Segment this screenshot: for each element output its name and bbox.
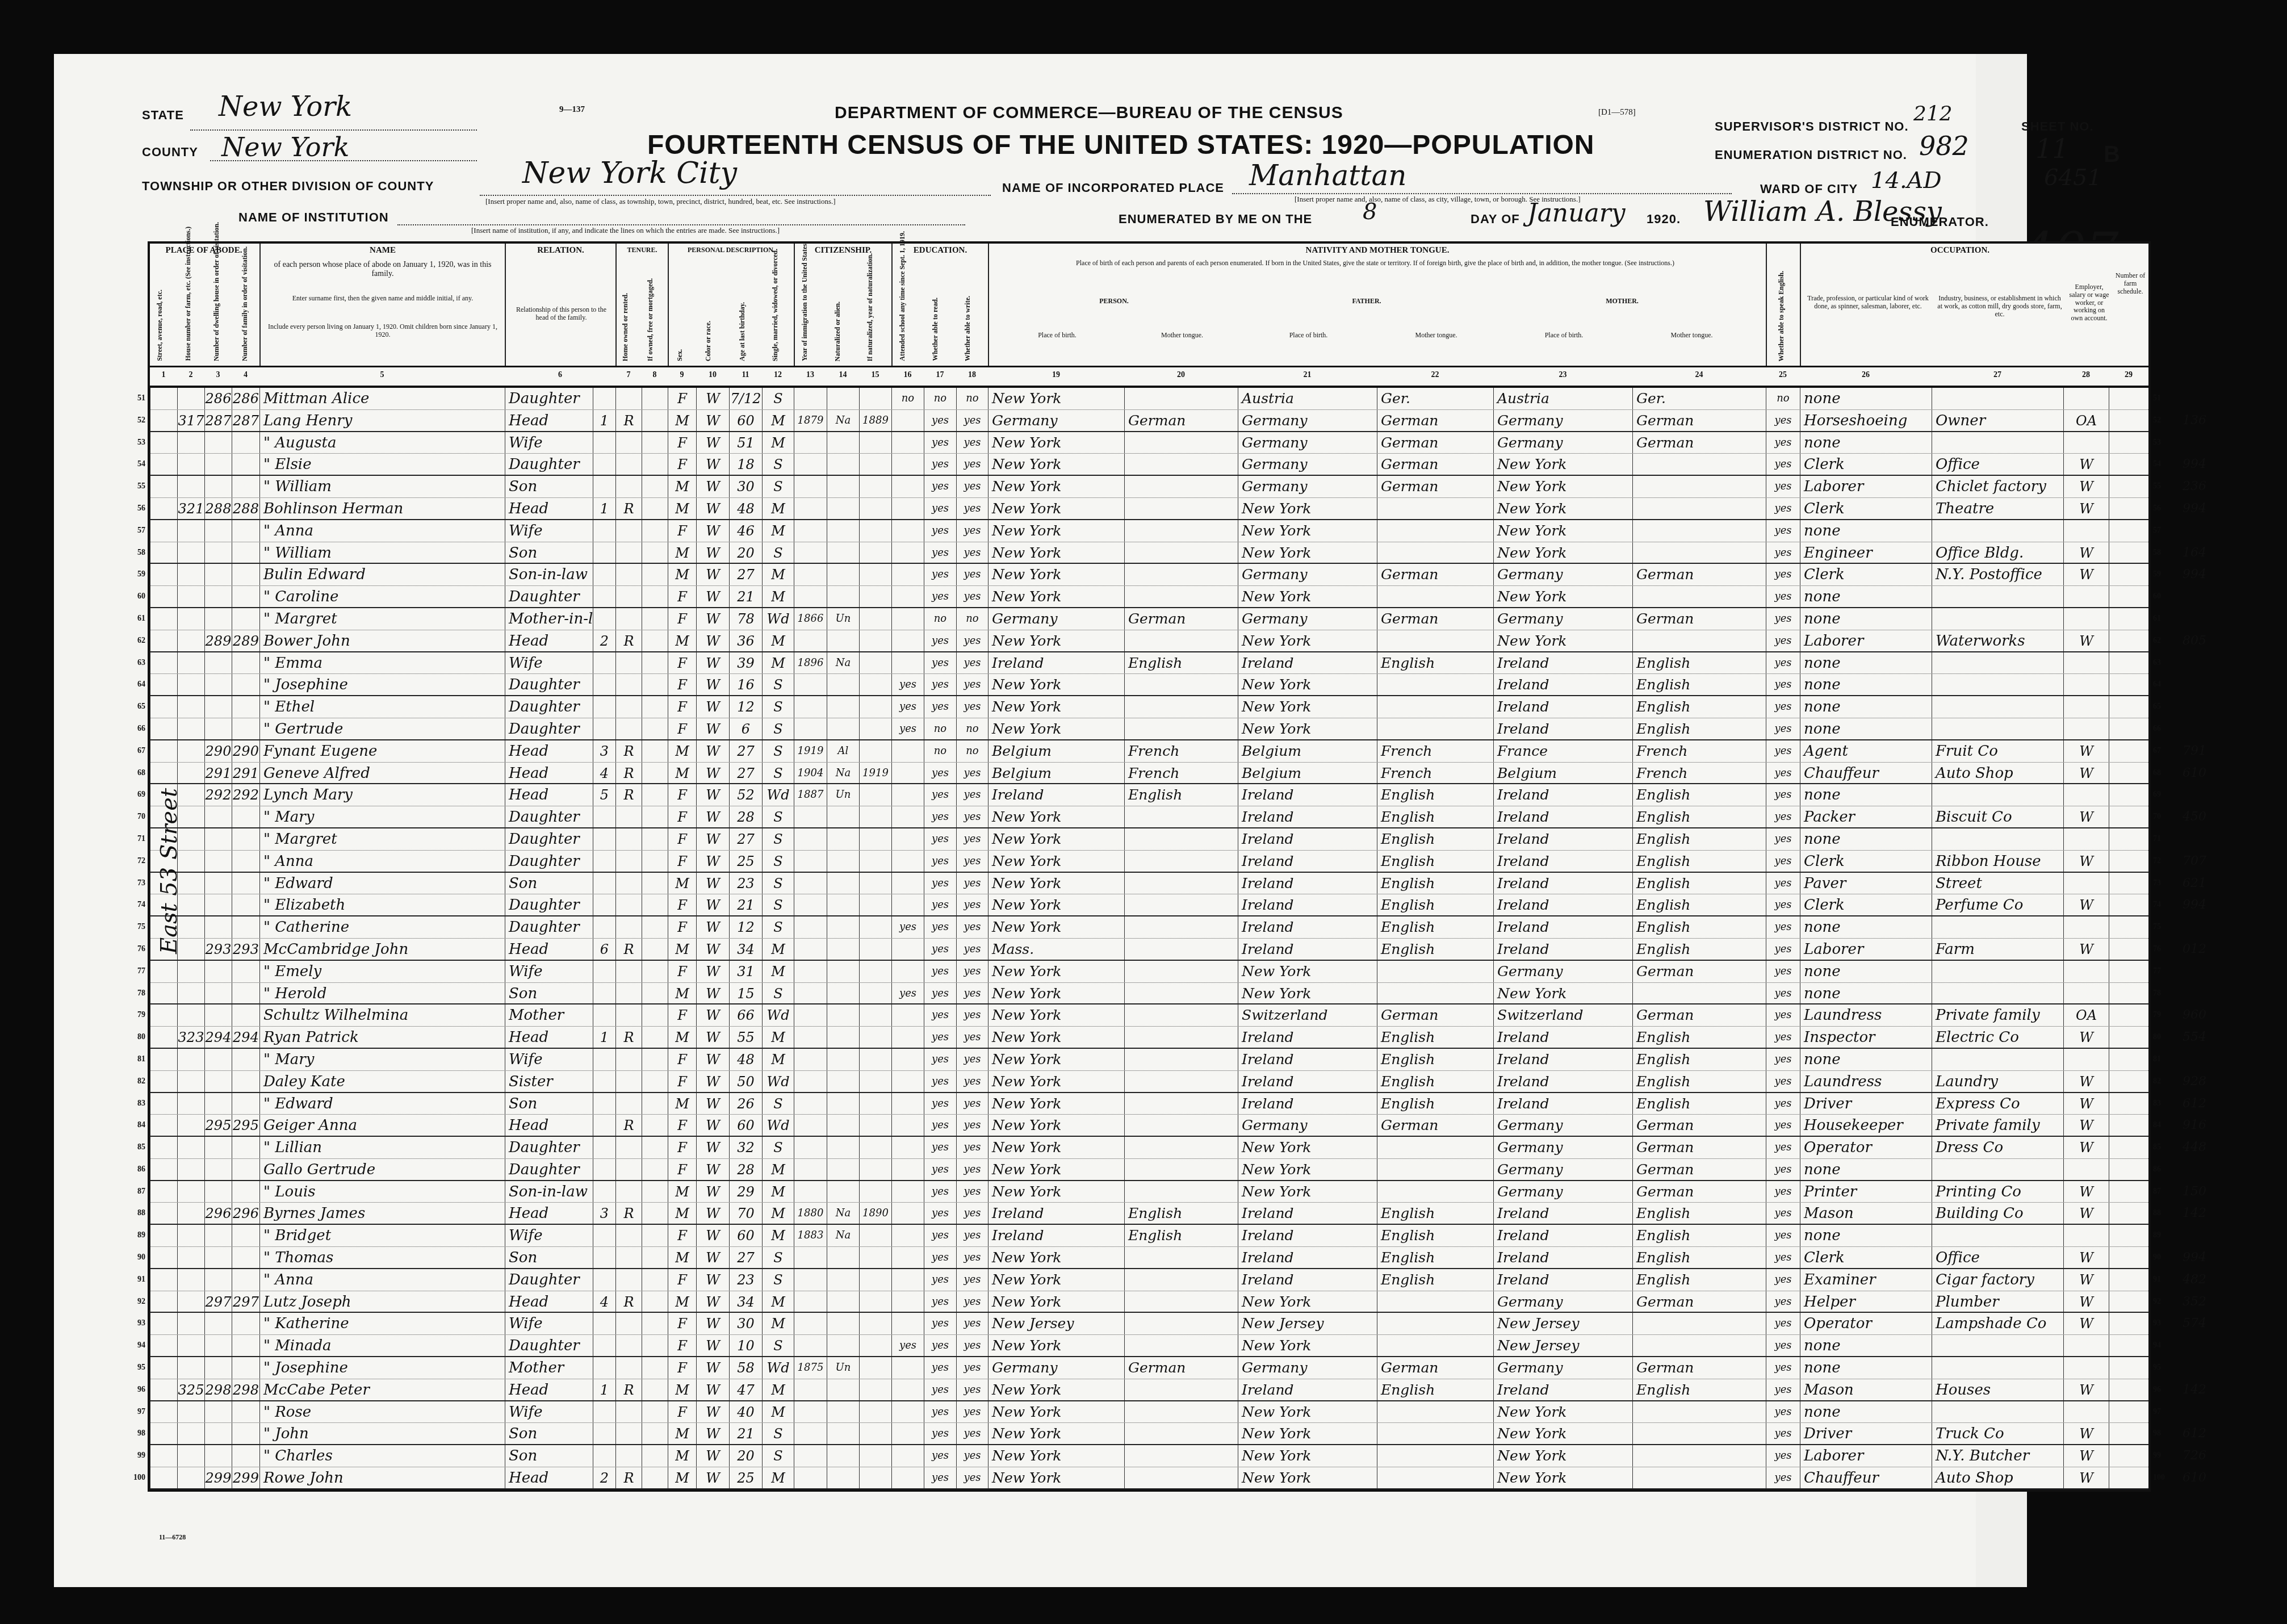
cell-f-tongue: German: [1377, 476, 1493, 497]
cell-street: [150, 1467, 177, 1488]
cell-trade: Driver: [1800, 1093, 1932, 1115]
cell-write: yes: [956, 564, 988, 585]
cell-name: " Margret: [259, 608, 505, 630]
cell-english: yes: [1766, 1181, 1800, 1203]
cell-tongue: [1124, 1159, 1238, 1180]
cell-race: W: [696, 1269, 729, 1291]
cell-f-birth: Ireland: [1238, 1247, 1377, 1268]
cell-house: [177, 1467, 204, 1488]
cell-f-birth: Ireland: [1238, 1379, 1377, 1400]
cell-fam-no: 4: [593, 1291, 615, 1312]
cell-f-birth: Germany: [1238, 410, 1377, 431]
cell-tenure: [615, 520, 642, 542]
cell-race: W: [696, 1203, 729, 1224]
cell-race: W: [696, 1225, 729, 1246]
table-row: 60" CarolineDaughterFW21MyesyesNew YorkN…: [150, 586, 2148, 608]
cell-age: 34: [729, 939, 762, 960]
cell-tongue: [1124, 828, 1238, 850]
cell-sex: M: [668, 1181, 696, 1203]
cell-read: yes: [924, 1401, 956, 1423]
cell-school: [891, 851, 924, 872]
cell-m-tongue: English: [1632, 1203, 1766, 1224]
table-row: 92297297Lutz JosephHead4RMW34MyesyesNew …: [150, 1291, 2148, 1313]
cell-tenure: [615, 696, 642, 718]
cell-race: W: [696, 784, 729, 806]
cell-f-tongue: English: [1377, 1269, 1493, 1291]
cell-m-birth: Ireland: [1493, 851, 1632, 872]
cell-read: yes: [924, 1357, 956, 1379]
line-number-right: 86: [2153, 1159, 2180, 1181]
cell-relation: Son: [505, 476, 593, 497]
line-number: 85: [120, 1137, 145, 1158]
cell-mortgage: [642, 498, 668, 519]
cell-nat-yr: [859, 740, 891, 762]
cell-industry: [1932, 696, 2063, 718]
cell-f-tongue: English: [1377, 873, 1493, 894]
cell-write: yes: [956, 476, 988, 497]
cell-marital: S: [762, 542, 794, 563]
cell-mortgage: [642, 894, 668, 915]
cell-read: yes: [924, 1423, 956, 1444]
table-row: 74" ElizabethDaughterFW21SyesyesNew York…: [150, 894, 2148, 916]
table-row: 59Bulin EdwardSon-in-lawMW27MyesyesNew Y…: [150, 564, 2148, 586]
cell-dwelling: [204, 1335, 232, 1356]
cell-trade: none: [1800, 388, 1932, 409]
cell-sex: F: [668, 1159, 696, 1180]
cell-read: yes: [924, 1379, 956, 1400]
cell-f-tongue: English: [1377, 894, 1493, 915]
cell-marital: S: [762, 740, 794, 762]
cell-family: 299: [232, 1467, 259, 1488]
cell-house: [177, 432, 204, 454]
cell-relation: Wife: [505, 1401, 593, 1423]
cell-marital: M: [762, 564, 794, 585]
cell-m-birth: Ireland: [1493, 806, 1632, 827]
column-number: 5: [259, 371, 505, 380]
ward-label: Ward of city: [1760, 182, 1858, 196]
cell-industry: [1932, 784, 2063, 806]
cell-sex: F: [668, 1313, 696, 1334]
table-row: 93" KatherineWifeFW30MyesyesNew JerseyNe…: [150, 1313, 2148, 1335]
cell-dwelling: [204, 916, 232, 938]
line-number: 89: [120, 1225, 145, 1246]
cell-dwelling: [204, 806, 232, 827]
cell-trade: Clerk: [1800, 498, 1932, 519]
cell-birth: Ireland: [988, 1203, 1124, 1224]
cell-f-birth: Ireland: [1238, 939, 1377, 960]
cell-tenure: [615, 1225, 642, 1246]
cell-nat: [827, 1269, 859, 1291]
occupation-code: 621: [2183, 873, 2222, 894]
cell-family: [232, 961, 259, 982]
cell-m-tongue: German: [1632, 1291, 1766, 1312]
cell-age: 52: [729, 784, 762, 806]
cell-school: yes: [891, 916, 924, 938]
cell-english: yes: [1766, 1423, 1800, 1444]
street-annotation: East 53 Street: [156, 788, 182, 954]
cell-sex: F: [668, 1335, 696, 1356]
cell-english: yes: [1766, 1445, 1800, 1467]
cell-employer: [2063, 520, 2109, 542]
cell-school: [891, 1291, 924, 1312]
cell-employer: [2063, 784, 2109, 806]
cell-english: yes: [1766, 806, 1800, 827]
cell-imm: [794, 1049, 827, 1070]
cell-birth: New York: [988, 916, 1124, 938]
cell-industry: [1932, 674, 2063, 695]
cell-street: [150, 586, 177, 607]
cell-english: yes: [1766, 894, 1800, 915]
cell-mortgage: [642, 542, 668, 563]
line-number-right: 97: [2153, 1401, 2180, 1423]
cell-farm: [2109, 1357, 2148, 1379]
cell-sex: F: [668, 586, 696, 607]
occupation-code: 142: [2183, 1379, 2222, 1401]
cell-trade: Operator: [1800, 1137, 1932, 1158]
cell-f-tongue: [1377, 1181, 1493, 1203]
cell-farm: [2109, 1467, 2148, 1488]
cell-fam-no: [593, 1071, 615, 1092]
cell-dwelling: [204, 674, 232, 695]
cell-f-tongue: English: [1377, 828, 1493, 850]
cell-write: yes: [956, 696, 988, 718]
cell-english: yes: [1766, 454, 1800, 475]
cell-f-tongue: German: [1377, 608, 1493, 630]
cell-farm: [2109, 1423, 2148, 1444]
cell-nat-yr: [859, 1093, 891, 1115]
cell-f-birth: New Jersey: [1238, 1313, 1377, 1334]
cell-m-birth: Ireland: [1493, 718, 1632, 739]
cell-farm: [2109, 828, 2148, 850]
cell-m-birth: Ireland: [1493, 1379, 1632, 1400]
cell-m-tongue: [1632, 586, 1766, 607]
line-number: 95: [120, 1357, 145, 1379]
cell-street: [150, 961, 177, 982]
cell-m-birth: Germany: [1493, 1137, 1632, 1158]
cell-family: [232, 851, 259, 872]
cell-nat-yr: [859, 498, 891, 519]
group-citizenship: CITIZENSHIP.: [795, 246, 891, 256]
cell-relation: Son-in-law: [505, 1181, 593, 1203]
cell-f-birth: New York: [1238, 1423, 1377, 1444]
line-number: 96: [120, 1379, 145, 1401]
cell-sex: M: [668, 763, 696, 784]
cell-f-birth: Austria: [1238, 388, 1377, 409]
cell-english: yes: [1766, 432, 1800, 454]
cell-tongue: [1124, 586, 1238, 607]
cell-m-birth: Ireland: [1493, 894, 1632, 915]
cell-name: " Gertrude: [259, 718, 505, 739]
cell-english: yes: [1766, 1071, 1800, 1092]
cell-street: [150, 1027, 177, 1048]
cell-sex: F: [668, 806, 696, 827]
cell-school: [891, 894, 924, 915]
cell-write: yes: [956, 1335, 988, 1356]
cell-nat: [827, 1445, 859, 1467]
cell-dwelling: 289: [204, 630, 232, 651]
cell-birth: New York: [988, 1115, 1124, 1136]
cell-tongue: [1124, 1335, 1238, 1356]
cell-relation: Son: [505, 873, 593, 894]
cell-tenure: [615, 916, 642, 938]
line-number: 71: [120, 828, 145, 850]
cell-family: [232, 1401, 259, 1423]
cell-tongue: English: [1124, 1225, 1238, 1246]
cell-nat-yr: [859, 916, 891, 938]
cell-birth: New York: [988, 1049, 1124, 1070]
cell-industry: [1932, 608, 2063, 630]
cell-school: [891, 1093, 924, 1115]
cell-sex: M: [668, 476, 696, 497]
cell-street: [150, 564, 177, 585]
cell-mortgage: [642, 388, 668, 409]
cell-race: W: [696, 564, 729, 585]
cell-birth: New York: [988, 828, 1124, 850]
cell-english: yes: [1766, 1335, 1800, 1356]
cell-dwelling: 297: [204, 1291, 232, 1312]
sheet-value: 11: [2035, 133, 2069, 164]
cell-f-birth: Ireland: [1238, 916, 1377, 938]
cell-imm: [794, 1093, 827, 1115]
cell-nat: Na: [827, 763, 859, 784]
cell-farm: [2109, 718, 2148, 739]
occupation-code: 450: [2183, 806, 2222, 828]
cell-tongue: French: [1124, 740, 1238, 762]
cell-birth: New York: [988, 1445, 1124, 1467]
cell-birth: Germany: [988, 410, 1124, 431]
cell-family: 295: [232, 1115, 259, 1136]
cell-tenure: [615, 1401, 642, 1423]
line-number-right: 52: [2153, 410, 2180, 432]
cell-industry: Houses: [1932, 1379, 2063, 1400]
cell-english: yes: [1766, 586, 1800, 607]
cell-age: 70: [729, 1203, 762, 1224]
cell-family: 288: [232, 498, 259, 519]
cell-race: W: [696, 1027, 729, 1048]
cell-dwelling: [204, 432, 232, 454]
cell-read: yes: [924, 873, 956, 894]
cell-dwelling: [204, 1401, 232, 1423]
cell-birth: New York: [988, 1467, 1124, 1488]
cell-fam-no: 3: [593, 1203, 615, 1224]
cell-birth: New York: [988, 696, 1124, 718]
cell-relation: Daughter: [505, 894, 593, 915]
cell-school: [891, 410, 924, 431]
cell-relation: Daughter: [505, 1269, 593, 1291]
cell-fam-no: [593, 1313, 615, 1334]
cell-birth: New York: [988, 873, 1124, 894]
cell-employer: OA: [2063, 1004, 2109, 1026]
cell-nat-yr: [859, 806, 891, 827]
cell-write: yes: [956, 432, 988, 454]
cell-house: [177, 718, 204, 739]
cell-write: yes: [956, 586, 988, 607]
department-title: DEPARTMENT OF COMMERCE—BUREAU OF THE CEN…: [835, 103, 1343, 123]
cell-fam-no: [593, 1181, 615, 1203]
cell-english: yes: [1766, 1049, 1800, 1070]
cell-trade: none: [1800, 961, 1932, 982]
cell-family: [232, 1269, 259, 1291]
cell-age: 30: [729, 476, 762, 497]
cell-read: yes: [924, 1027, 956, 1048]
cell-name: Bulin Edward: [259, 564, 505, 585]
line-number: 84: [120, 1115, 145, 1136]
cell-mortgage: [642, 1401, 668, 1423]
cell-tongue: English: [1124, 1203, 1238, 1224]
cell-nat-yr: 1919: [859, 763, 891, 784]
cell-fam-no: 1: [593, 498, 615, 519]
cell-dwelling: 291: [204, 763, 232, 784]
cell-age: 50: [729, 1071, 762, 1092]
cell-family: 291: [232, 763, 259, 784]
cell-marital: M: [762, 961, 794, 982]
line-number-right: 55: [2153, 476, 2180, 497]
cell-dwelling: 293: [204, 939, 232, 960]
cell-relation: Wife: [505, 520, 593, 542]
cell-industry: Owner: [1932, 410, 2063, 431]
occupation-code: 236: [2183, 476, 2222, 497]
cell-relation: Wife: [505, 1225, 593, 1246]
cell-tongue: German: [1124, 410, 1238, 431]
cell-race: W: [696, 718, 729, 739]
cell-mortgage: [642, 1027, 668, 1048]
cell-marital: M: [762, 498, 794, 519]
cell-f-birth: Germany: [1238, 564, 1377, 585]
cell-school: [891, 939, 924, 960]
cell-name: McCabe Peter: [259, 1379, 505, 1400]
cell-m-tongue: English: [1632, 851, 1766, 872]
line-number-right: 53: [2153, 432, 2180, 454]
cell-nat: [827, 1401, 859, 1423]
occupation-code: 916: [2183, 1115, 2222, 1136]
cell-school: [891, 1423, 924, 1444]
table-row: 72" AnnaDaughterFW25SyesyesNew YorkIrela…: [150, 851, 2148, 873]
cell-industry: [1932, 916, 2063, 938]
cell-age: 30: [729, 1313, 762, 1334]
cell-nat: [827, 1181, 859, 1203]
cell-marital: M: [762, 1467, 794, 1488]
cell-trade: none: [1800, 1225, 1932, 1246]
cell-m-tongue: [1632, 520, 1766, 542]
cell-relation: Wife: [505, 1313, 593, 1334]
scan-edge-bottom: [0, 1587, 2287, 1624]
cell-farm: [2109, 696, 2148, 718]
cell-industry: [1932, 1225, 2063, 1246]
cell-m-birth: New York: [1493, 1445, 1632, 1467]
cell-f-birth: New York: [1238, 520, 1377, 542]
cell-farm: [2109, 784, 2148, 806]
cell-race: W: [696, 806, 729, 827]
occupation-code: 791: [2183, 740, 2222, 762]
cell-tongue: [1124, 1467, 1238, 1488]
cell-industry: Ribbon House: [1932, 851, 2063, 872]
cell-f-tongue: German: [1377, 432, 1493, 454]
cell-street: [150, 1071, 177, 1092]
cell-trade: Helper: [1800, 1291, 1932, 1312]
cell-dwelling: [204, 1247, 232, 1268]
cell-f-tongue: [1377, 542, 1493, 563]
line-number-right: 58: [2153, 542, 2180, 564]
cell-mortgage: [642, 1004, 668, 1026]
cell-imm: [794, 1071, 827, 1092]
cell-tenure: [615, 388, 642, 409]
cell-dwelling: [204, 1313, 232, 1334]
cell-employer: [2063, 983, 2109, 1004]
cell-name: " Bridget: [259, 1225, 505, 1246]
cell-nat: [827, 828, 859, 850]
column-number: 7: [615, 371, 642, 380]
cell-dwelling: 294: [204, 1027, 232, 1048]
cell-tenure: R: [615, 784, 642, 806]
line-number: 69: [120, 784, 145, 806]
cell-marital: M: [762, 939, 794, 960]
cell-employer: [2063, 1159, 2109, 1180]
cell-f-tongue: English: [1377, 1247, 1493, 1268]
cell-birth: New York: [988, 1004, 1124, 1026]
cell-fam-no: [593, 1225, 615, 1246]
cell-industry: Street: [1932, 873, 2063, 894]
cell-industry: Lampshade Co: [1932, 1313, 2063, 1334]
cell-tenure: [615, 564, 642, 585]
cell-mortgage: [642, 851, 668, 872]
cell-employer: W: [2063, 740, 2109, 762]
line-number-right: 90: [2153, 1247, 2180, 1269]
line-number: 72: [120, 851, 145, 872]
cell-trade: Mason: [1800, 1203, 1932, 1224]
cell-fam-no: [593, 674, 615, 695]
cell-marital: S: [762, 476, 794, 497]
cell-dwelling: [204, 476, 232, 497]
cell-birth: Germany: [988, 1357, 1124, 1379]
cell-english: yes: [1766, 983, 1800, 1004]
cell-marital: Wd: [762, 784, 794, 806]
cell-family: [232, 674, 259, 695]
incorporated-place-label: Name of incorporated place: [1002, 181, 1224, 195]
cell-race: W: [696, 652, 729, 674]
cell-farm: [2109, 1335, 2148, 1356]
cell-imm: [794, 894, 827, 915]
cell-fam-no: [593, 961, 615, 982]
cell-street: [150, 542, 177, 563]
cell-industry: Office: [1932, 1247, 2063, 1268]
cell-tenure: [615, 983, 642, 1004]
cell-industry: [1932, 1049, 2063, 1070]
cell-school: [891, 454, 924, 475]
cell-birth: New York: [988, 1269, 1124, 1291]
cell-f-birth: Ireland: [1238, 784, 1377, 806]
cell-mortgage: [642, 1247, 668, 1268]
cell-street: [150, 410, 177, 431]
cell-nat-yr: [859, 1071, 891, 1092]
cell-marital: S: [762, 1247, 794, 1268]
cell-sex: F: [668, 652, 696, 674]
cell-marital: Wd: [762, 1115, 794, 1136]
cell-name: " Edward: [259, 873, 505, 894]
line-number-right: 70: [2153, 806, 2180, 828]
cell-write: yes: [956, 1401, 988, 1423]
cell-english: no: [1766, 388, 1800, 409]
cell-nat: [827, 674, 859, 695]
cell-m-birth: Ireland: [1493, 674, 1632, 695]
cell-f-birth: Ireland: [1238, 851, 1377, 872]
cell-sex: F: [668, 784, 696, 806]
cell-f-tongue: German: [1377, 454, 1493, 475]
line-number: 81: [120, 1049, 145, 1070]
occupation-code: 994: [2183, 498, 2222, 520]
cell-tenure: [615, 674, 642, 695]
cell-trade: none: [1800, 652, 1932, 674]
cell-nat-yr: [859, 630, 891, 651]
